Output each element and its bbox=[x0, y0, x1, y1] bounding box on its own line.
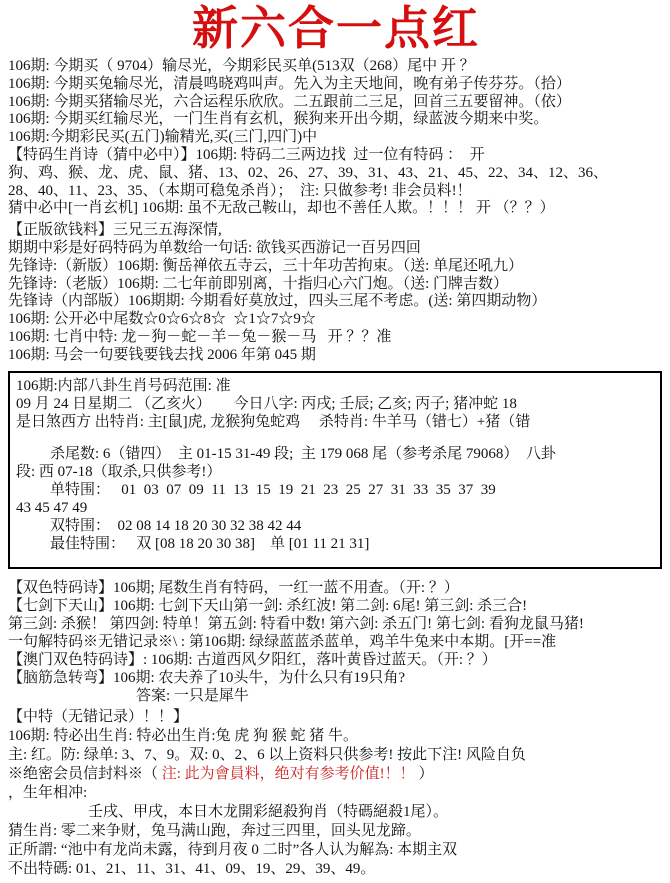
seven-swords-line-cont: 第三剑: 杀猴！ 第四剑: 特单！第五剑: 特看中数! 第六剑: 杀五门! 第七… bbox=[8, 615, 664, 633]
envelope-note-red: 注: 此为會員料，绝对有参考价值!！！ bbox=[162, 766, 415, 782]
tip-line: 106期: 今期买红输尽光，一门生肖有玄机，猴狗来开出今期，绿蓝波今期来中奖。 bbox=[8, 111, 664, 129]
zodiac-poem-header-line: 【特码生肖诗（猜中必中）】106期: 特码二三两边找 过一位有特码 ： 开 bbox=[8, 147, 664, 165]
riddle-line: 【脑筋急转弯】106期: 农夫养了10头牛，为什么只有19只角? bbox=[8, 669, 664, 687]
spacer bbox=[16, 431, 656, 445]
birth-year-clash-line: ，生年相冲: bbox=[8, 784, 664, 803]
zodiac-number-list-line: 狗、鸡、猴、龙、虎、鼠、猪、13、02、26、27、39、31、43、21、45… bbox=[8, 165, 664, 183]
mahui-line: 106期: 马会一句要钱要钱去找 2006 年第 045 期 bbox=[8, 347, 664, 365]
best-special-range-line: 最佳特围： 双 [08 18 20 30 38] 单 [01 11 21 31] bbox=[16, 535, 656, 553]
section-buy-tips: 106期: 今期买（ 9704）输尽光，今期彩民买单(513双（268）尾中 开… bbox=[8, 58, 664, 218]
tail-numbers-line: 106期: 公开必中尾数☆0☆6☆8☆ ☆1☆7☆9☆ bbox=[8, 311, 664, 329]
one-zodiac-mystery-line: 猜中必中[一肖玄机] 106期: 虽不无敌己鞍山，却也不善任人欺。！！！ 开 （… bbox=[8, 200, 664, 218]
one-sentence-line: 一句解特码※无错记录※\ : 第106期: 绿绿蓝蓝杀蓝单，鸡羊牛兔来中本期。[… bbox=[8, 633, 664, 651]
kill-tail-line: 杀尾数: 6（错四） 主 01-15 31-49 段; 主 179 068 尾（… bbox=[16, 445, 656, 463]
must-zodiac-line: 106期: 特必出生肖: 特必出生肖:兔 虎 狗 猴 蛇 猪 牛。 bbox=[8, 727, 664, 746]
tip-line: 106期: 今期买兔输尽光，清晨鸣晓鸡叫声。先入为主天地间，晚有弟子传芬芬。（拾… bbox=[8, 76, 664, 94]
zhongte-header-line: 【中特（无错记录）！！】 bbox=[8, 708, 664, 727]
section-poems: 【双色特码诗】106期; 尾数生肖有特码，一红一蓝不用查。（开: ？） 【七剑下… bbox=[8, 579, 664, 705]
lottery-tip-sheet: 新六合一点红 106期: 今期买（ 9704）输尽光，今期彩民买单(513双（2… bbox=[0, 0, 670, 879]
even-special-range-line: 双特围： 02 08 14 18 20 30 32 38 42 44 bbox=[16, 517, 656, 535]
tip-line: 106期: 今期买（ 9704）输尽光，今期彩民买单(513双（268）尾中 开… bbox=[8, 58, 664, 76]
xianfeng-poem-internal-line: 先锋诗（内部版）106期期: 今期看好莫放过，四头三尾不考虑。(送: 第四期动物… bbox=[8, 293, 664, 311]
macau-poem-line: 【澳门双色特码诗】: 106期: 古道西风夕阳红，落叶黄昏过蓝天。（开: ？） bbox=[8, 651, 664, 669]
bagua-range-line: 106期:内部八卦生肖号码范围: 准 bbox=[16, 377, 656, 395]
tip-line: 106期:今期彩民买(五门)输精光,买(三门,四门)中 bbox=[8, 129, 664, 147]
section-zhongte: 【中特（无错记录）！！】 106期: 特必出生肖: 特必出生肖:兔 虎 狗 猴 … bbox=[8, 708, 664, 879]
yuqian-header-line: 【正版欲钱料】三兄三五海深情, bbox=[8, 222, 664, 240]
odd-special-range-cont: 43 45 47 49 bbox=[16, 499, 656, 517]
seven-zodiac-line: 106期: 七肖中特: 龙－狗－蛇－羊－兔－猴－马 开 ？？准 bbox=[8, 329, 664, 347]
section-yuqian: 【正版欲钱料】三兄三五海深情, 期期中彩是好码特码为单数给一句话: 欲钱买西游记… bbox=[8, 222, 664, 364]
bagua-zodiac-box: 106期:内部八卦生肖号码范围: 准 09 月 24 日星期二 （乙亥火） 今日… bbox=[8, 371, 662, 569]
yuqian-line: 期期中彩是好码特码为单数给一句话: 欲钱买西游记一百另四回 bbox=[8, 240, 664, 258]
bagua-zodiac-line: 是日煞西方 出特肖: 主[鼠]虎, 龙猴狗兔蛇鸡 杀特肖: 牛羊马（错七）+猪（… bbox=[16, 413, 656, 431]
main-guard-line: 主: 红。防: 绿单: 3、7、9。双: 0、2、6 以上资料只供参考! 按此下… bbox=[8, 746, 664, 765]
two-color-poem-line: 【双色特码诗】106期; 尾数生肖有特码，一红一蓝不用查。（开: ？） bbox=[8, 579, 664, 597]
envelope-note-prefix: ※绝密会员信封料※（ bbox=[8, 766, 162, 782]
bagua-date-line: 09 月 24 日星期二 （乙亥火） 今日八字: 丙戌; 壬辰; 乙亥; 丙子;… bbox=[16, 395, 656, 413]
xianfeng-poem-old-line: 先锋诗:（老版）106期: 二七年前即别离，十指归心六门炮。（送: 门牌吉数） bbox=[8, 276, 664, 294]
zodiac-number-list-line: 28、40、11、23、35、（本期可稳兔杀肖）； 注: 只做参考! 非会员料!… bbox=[8, 183, 664, 201]
tip-line: 106期: 今期买猪输尽光，六合运程乐欣欣。二五跟前二三足，回首三五要留神。（依… bbox=[8, 94, 664, 112]
excluded-numbers-line: 不出特碼: 01、21、11、31、41、09、19、29、39、49。 bbox=[8, 860, 664, 879]
seven-swords-line: 【七剑下天山】106期: 七剑下天山第一剑: 杀红波! 第二剑: 6尾! 第三剑… bbox=[8, 597, 664, 615]
envelope-note-line: ※绝密会员信封料※（ 注: 此为會員料，绝对有参考价值!！！ ） bbox=[8, 765, 664, 784]
xianfeng-poem-new-line: 先锋诗:（新版）106期: 衡岳禅依五寺云，三十年功苦拘束。（送: 单尾还吼九） bbox=[8, 258, 664, 276]
saying-line: 正所謂: “池中有龙尚未露，待到月夜 0 二时”各人认为解為: 本期主双 bbox=[8, 841, 664, 860]
envelope-note-suffix: ） bbox=[415, 766, 434, 782]
odd-special-range-line: 单特围： 01 03 07 09 11 13 15 19 21 23 25 27… bbox=[16, 481, 656, 499]
kill-tail-line-cont: 段: 西 07-18（取杀,只供参考!） bbox=[16, 463, 656, 481]
riddle-answer-line: 答案: 一只是犀牛 bbox=[8, 687, 664, 705]
guess-zodiac-line: 猜生肖: 零二来争财，兔马满山跑，奔过三四里，回头见龙蹄。 bbox=[8, 822, 664, 841]
page-title: 新六合一点红 bbox=[8, 4, 664, 54]
clash-detail-line: 壬戌、甲戌，本日木龙開彩絕殺狗肖（特碼絕殺1尾）。 bbox=[8, 803, 664, 822]
